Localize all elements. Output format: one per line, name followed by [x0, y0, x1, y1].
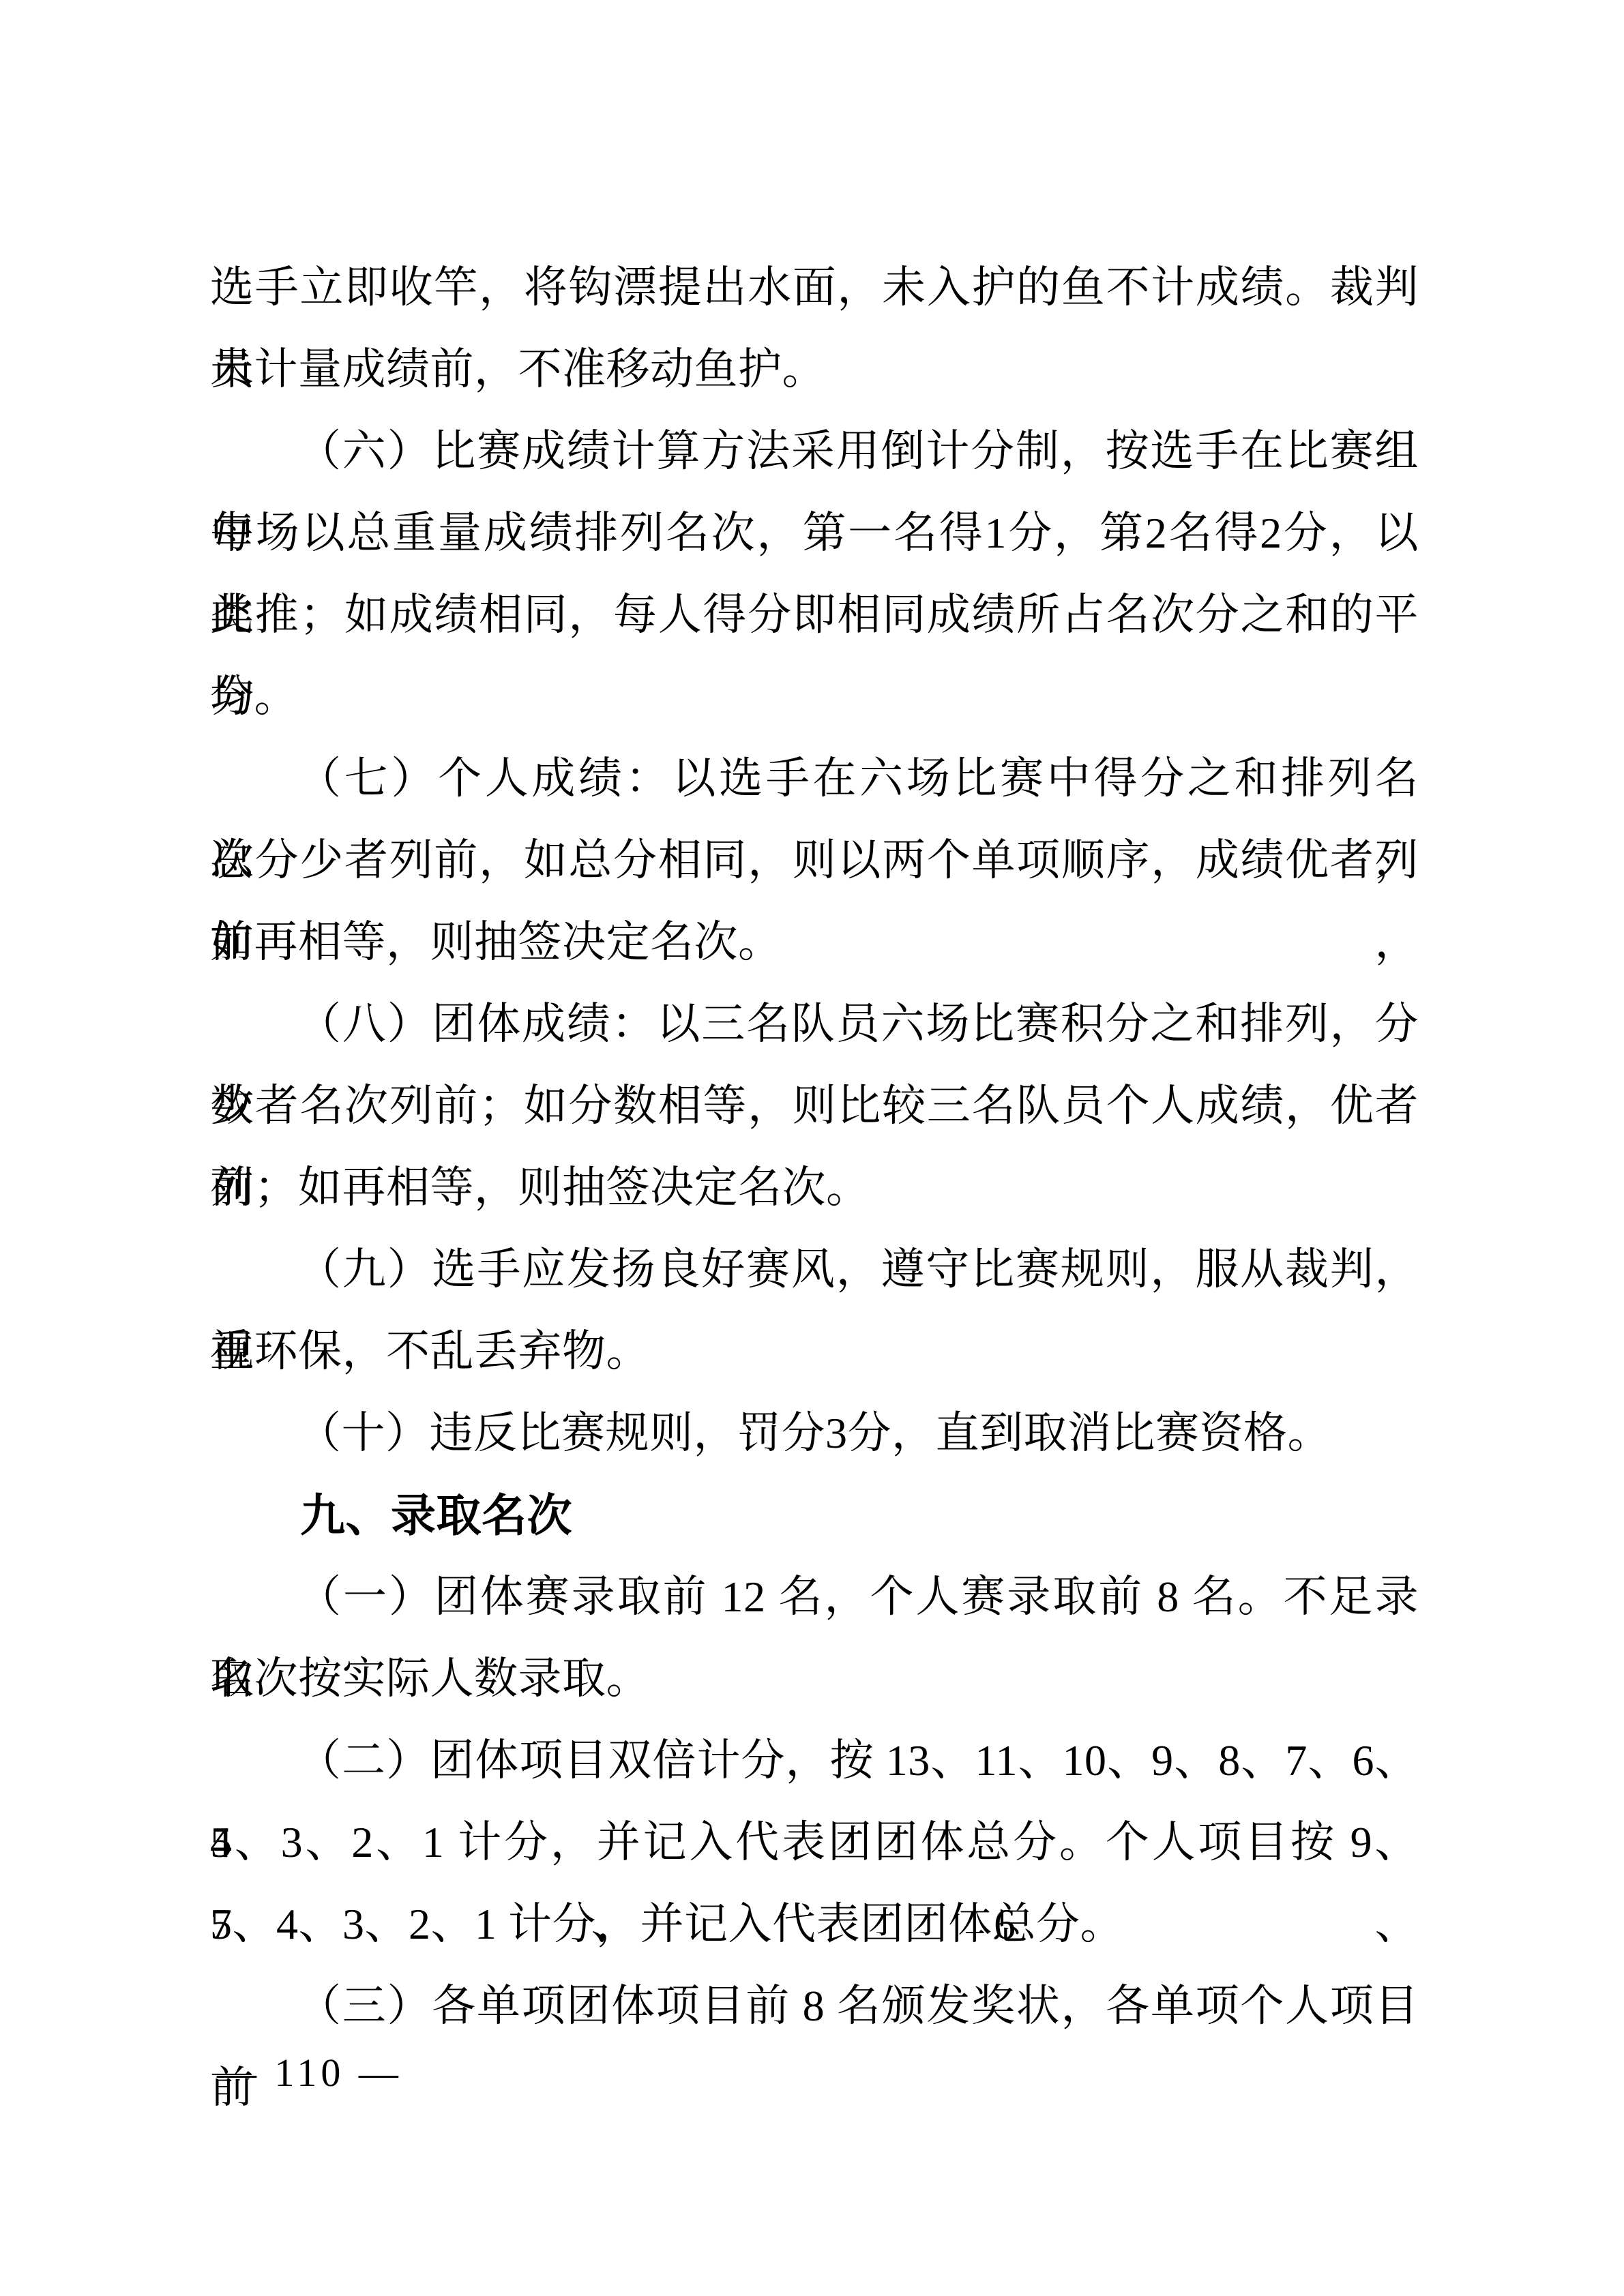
text-line: （八）团体成绩：以三名队员六场比赛积分之和排列，分数 [210, 983, 1419, 1065]
text-line: 前；如再相等，则抽签决定名次。 [210, 1147, 1419, 1229]
text-line: 总分少者列前，如总分相同，则以两个单项顺序，成绩优者列前， [210, 820, 1419, 901]
text-line: （一）团体赛录取前 12 名，个人赛录取前 8 名。不足录取 [210, 1556, 1419, 1638]
text-line: 视环保，不乱丢弃物。 [210, 1311, 1419, 1392]
text-line: 未计量成绩前，不准移动鱼护。 [210, 329, 1419, 411]
text-line: 选手立即收竿，将钩漂提出水面，未入护的鱼不计成绩。裁判员 [210, 247, 1419, 329]
text-line: 少者名次列前；如分数相等，则比较三名队员个人成绩，优者列 [210, 1065, 1419, 1147]
text-line: 分。 [210, 656, 1419, 738]
text-line: （十）违反比赛规则，罚分3分，直到取消比赛资格。 [210, 1392, 1419, 1474]
text-line: 类推；如成绩相同，每人得分即相同成绩所占名次分之和的平均 [210, 574, 1419, 656]
text-line: 名次按实际人数录取。 [210, 1638, 1419, 1720]
text-line: 4、3、2、1 计分，并记入代表团团体总分。个人项目按 9、7、6、 [210, 1802, 1419, 1883]
section-heading: 九、录取名次 [210, 1474, 1419, 1556]
page-number: — 110 — [217, 2036, 402, 2111]
text-line: （三）各单项团体项目前 8 名颁发奖状，各单项个人项目前 [210, 1965, 1419, 2047]
text-line: 每场以总重量成绩排列名次，第一名得1分，第2名得2分，以此 [210, 492, 1419, 574]
text-line: （二）团体项目双倍计分，按 13、11、10、9、8、7、6、5、 [210, 1720, 1419, 1802]
text-line: （九）选手应发扬良好赛风，遵守比赛规则，服从裁判，重 [210, 1229, 1419, 1311]
document-page: 选手立即收竿，将钩漂提出水面，未入护的鱼不计成绩。裁判员 未计量成绩前，不准移动… [0, 0, 1624, 2296]
text-line: （七）个人成绩：以选手在六场比赛中得分之和排列名次， [210, 738, 1419, 820]
text-line: （六）比赛成绩计算方法采用倒计分制，按选手在比赛组中 [210, 411, 1419, 492]
document-body: 选手立即收竿，将钩漂提出水面，未入护的鱼不计成绩。裁判员 未计量成绩前，不准移动… [210, 247, 1419, 2047]
